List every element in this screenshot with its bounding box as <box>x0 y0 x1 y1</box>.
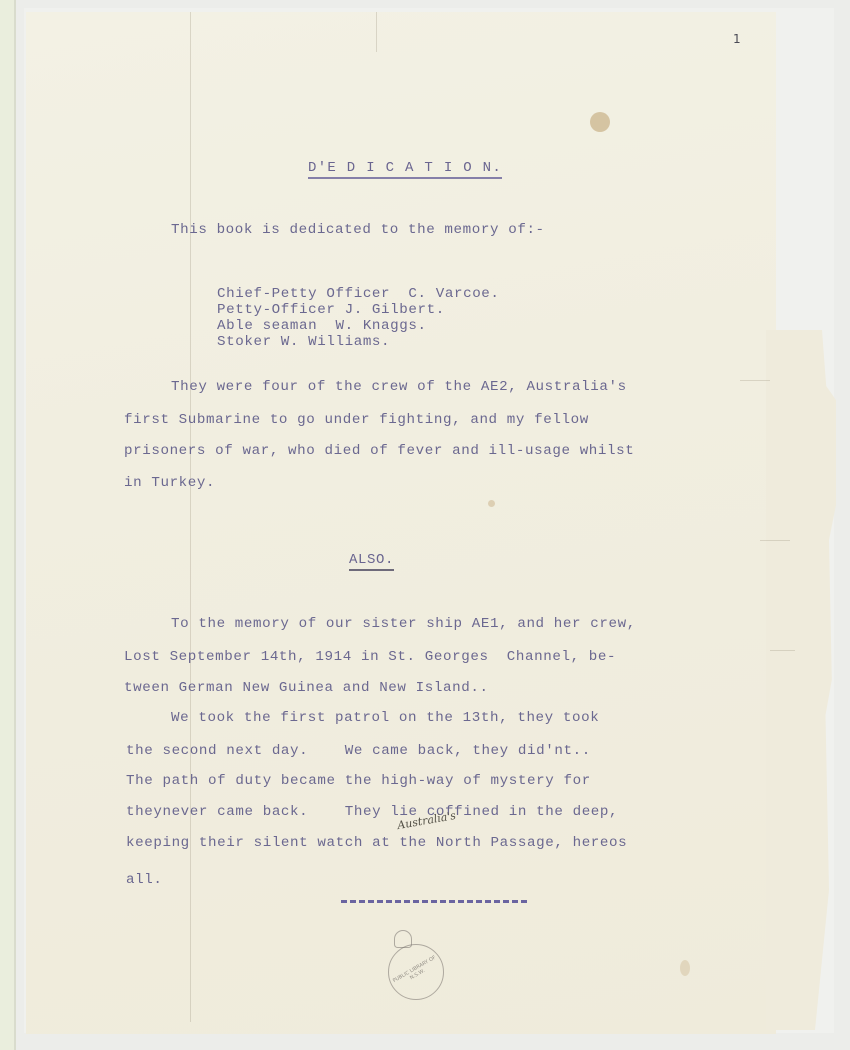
crew-member: Petty-Officer J. Gilbert. <box>217 302 445 318</box>
dedication-intro: This book is dedicated to the memory of:… <box>171 222 545 238</box>
section-heading-also: ALSO. <box>349 552 394 571</box>
paragraph-line: We took the first patrol on the 13th, th… <box>171 710 599 726</box>
stamp-text: PUBLIC LIBRARY OF N.S.W. <box>390 953 443 990</box>
paragraph-line: Lost September 14th, 1914 in St. Georges… <box>124 649 616 665</box>
page-title: D'E D I C A T I O N. <box>308 160 502 179</box>
paragraph-line: the second next day. We came back, they … <box>126 743 591 759</box>
paper-crease <box>740 380 770 381</box>
separator-rule <box>341 900 527 903</box>
paragraph-line: all. <box>126 872 162 888</box>
paragraph-line: prisoners of war, who died of fever and … <box>124 443 634 459</box>
paragraph-line: in Turkey. <box>124 475 215 491</box>
paper-crease <box>376 12 377 52</box>
paper-stain <box>590 112 610 132</box>
paper-stain <box>680 960 690 976</box>
paper-stain <box>488 500 495 507</box>
crew-member: Chief-Petty Officer C. Varcoe. <box>217 286 500 302</box>
crew-member: Able seaman W. Knaggs. <box>217 318 427 334</box>
paragraph-line: first Submarine to go under fighting, an… <box>124 412 589 428</box>
torn-page-edge <box>766 330 836 1030</box>
paragraph-line: keeping their silent watch at the North … <box>126 835 627 851</box>
paper-crease <box>770 650 795 651</box>
paper-crease <box>760 540 790 541</box>
paragraph-line: They were four of the crew of the AE2, A… <box>171 379 627 395</box>
paragraph-line: The path of duty became the high-way of … <box>126 773 591 789</box>
paragraph-line: To the memory of our sister ship AE1, an… <box>171 616 636 632</box>
corner-mark: 1 <box>733 32 741 46</box>
library-stamp: PUBLIC LIBRARY OF N.S.W. <box>388 944 444 1000</box>
crew-member: Stoker W. Williams. <box>217 334 390 350</box>
paragraph-line: theynever came back. They lie coffined i… <box>126 804 618 820</box>
mount-board-edge <box>0 0 16 1050</box>
paper-crease <box>190 12 191 1022</box>
paragraph-line: tween German New Guinea and New Island.. <box>124 680 489 696</box>
